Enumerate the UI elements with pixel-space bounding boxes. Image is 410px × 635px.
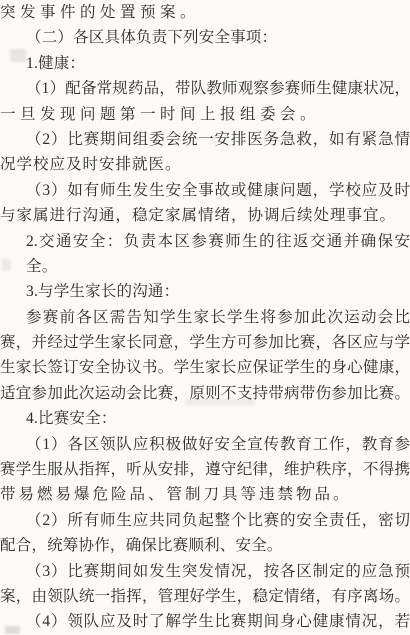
document-line: 适宜参加此次运动会比赛，原则不支持带病带伤参加比赛。	[0, 381, 410, 406]
document-line: （1）配备常规药品，带队教师观察参赛师生健康状况，	[0, 76, 410, 101]
document-line: 带易燃易爆危险品、管制刀具等违禁物品。	[0, 482, 410, 507]
document-line: （1）各区领队应积极做好安全宣传教育工作，教育参	[0, 432, 410, 457]
document-page: 突发事件的处置预案。 （二）各区具体负责下列安全事项： 1.健康： （1）配备常…	[0, 0, 410, 635]
document-line: （3）如有师生发生安全事故或健康问题，学校应及时	[0, 178, 410, 203]
document-line: 突发事件的处置预案。	[0, 0, 410, 25]
document-text-block: 突发事件的处置预案。 （二）各区具体负责下列安全事项： 1.健康： （1）配备常…	[0, 0, 410, 635]
document-line: 一旦发现问题第一时间上报组委会。	[0, 102, 410, 127]
document-line: 生家长签订安全协议书。学生家长应保证学生的身心健康，	[0, 355, 410, 380]
document-line: 况学校应及时安排就医。	[0, 152, 410, 177]
document-line: （二）各区具体负责下列安全事项：	[0, 25, 410, 50]
document-line: 配合，统筹协作，确保比赛顺利、安全。	[0, 533, 410, 558]
document-line: 赛，并经过学生家长同意，学生方可参加比赛，各区应与学	[0, 330, 410, 355]
document-line: 3.与学生家长的沟通：	[0, 279, 410, 304]
document-line: 1.健康：	[0, 51, 410, 76]
document-line: 赛学生服从指挥，听从安排，遵守纪律，维护秩序，不得携	[0, 457, 410, 482]
document-line: （3）比赛期间如发生突发情况，按各区制定的应急预	[0, 559, 410, 584]
document-line: 参赛前各区需告知学生家长学生将参加此次运动会比	[0, 305, 410, 330]
document-line: 2.交通安全：负责本区参赛师生的往返交通并确保安	[0, 229, 410, 254]
document-line: （4）领队应及时了解学生比赛期间身心健康情况，若	[0, 609, 410, 634]
document-line: （2）比赛期间组委会统一安排医务急救，如有紧急情	[0, 127, 410, 152]
document-line: 案，由领队统一指挥，管理好学生，稳定情绪，有序离场。	[0, 584, 410, 609]
document-line: 全。	[0, 254, 410, 279]
document-line: 与家属进行沟通，稳定家属情绪，协调后续处理事宜。	[0, 203, 410, 228]
document-line: 4.比赛安全：	[0, 406, 410, 431]
document-line: （2）所有师生应共同负起整个比赛的安全责任，密切	[0, 508, 410, 533]
